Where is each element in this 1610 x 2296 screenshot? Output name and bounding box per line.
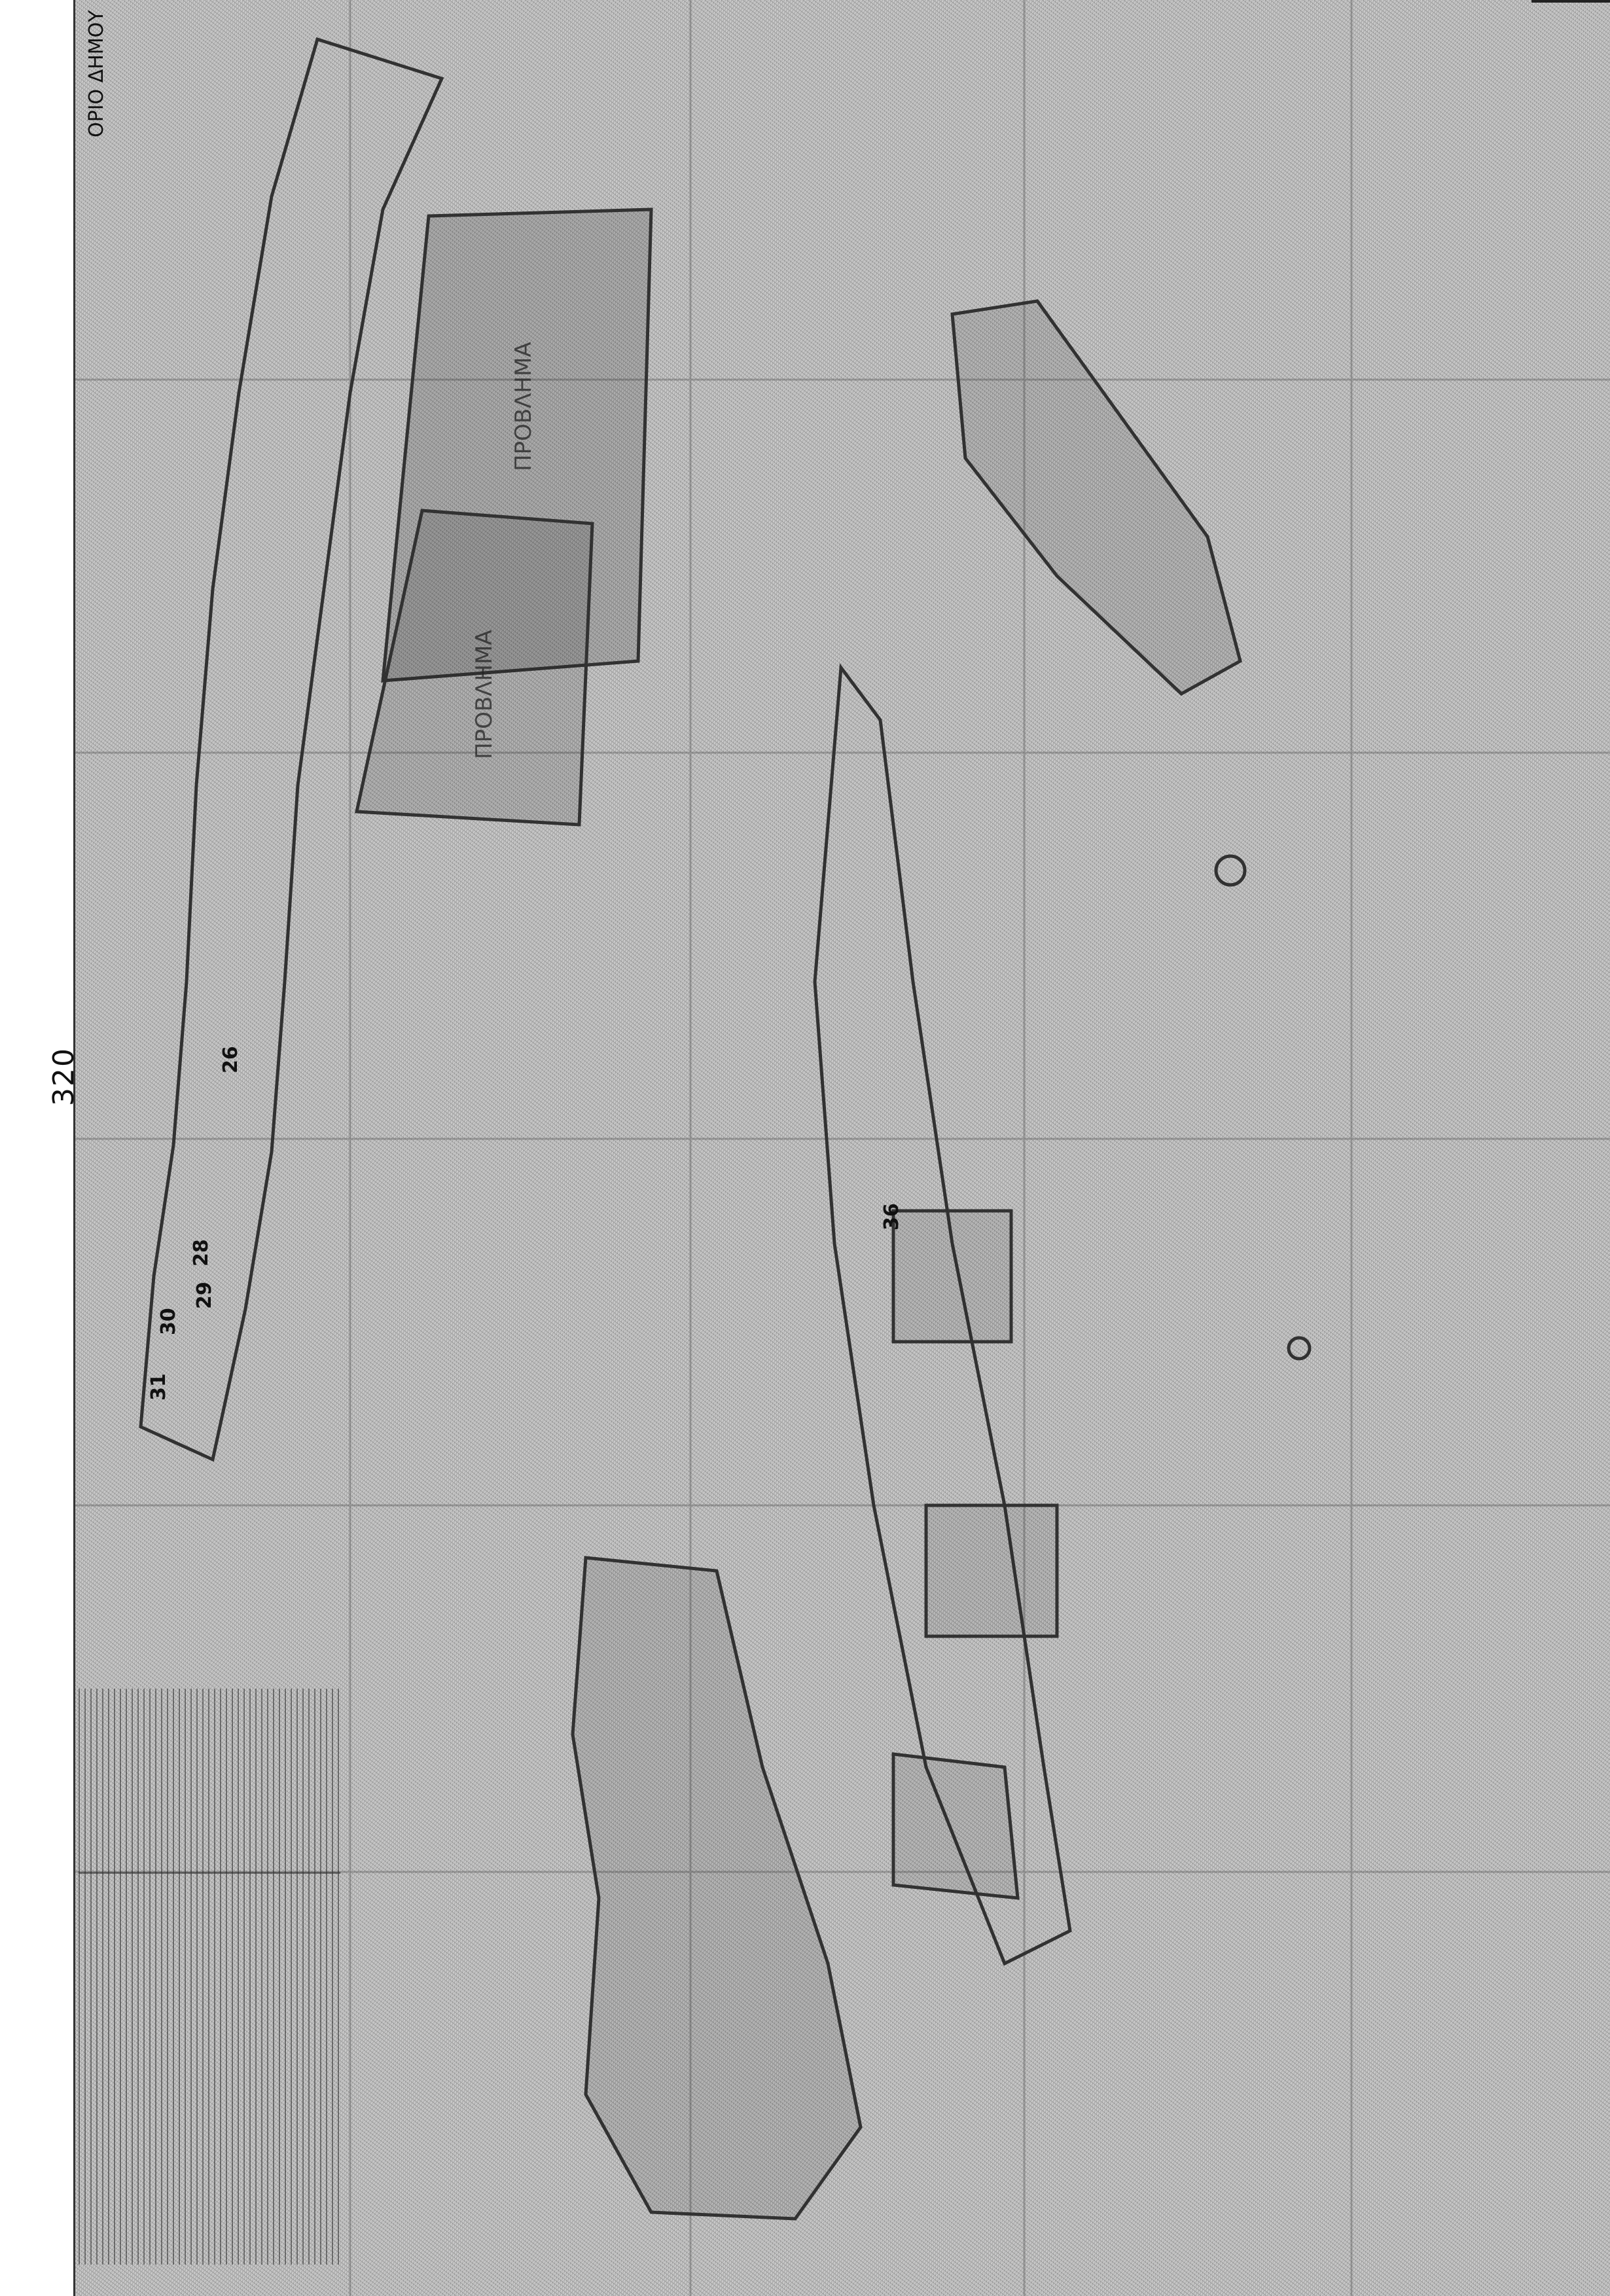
parcel-label: 26 (219, 1046, 242, 1073)
map-legend (79, 1689, 340, 2265)
parcel-label: 36 (880, 1203, 903, 1230)
parcel-label: 30 (157, 1308, 180, 1335)
municipal-boundary-label: ΟΡΙΟ ΔΗΜΟΥ (85, 10, 108, 137)
legend-divider (79, 1872, 340, 1874)
parcel-label: 28 (190, 1239, 213, 1266)
page-number: 320 (47, 1047, 80, 1106)
zone-label: ΠΡΟΒΛΗΜΑ (510, 342, 537, 471)
zone-label: ΠΡΟΒΛΗΜΑ (471, 630, 497, 759)
parcel-label: 31 (147, 1373, 170, 1401)
parcel-label: 29 (193, 1282, 216, 1309)
